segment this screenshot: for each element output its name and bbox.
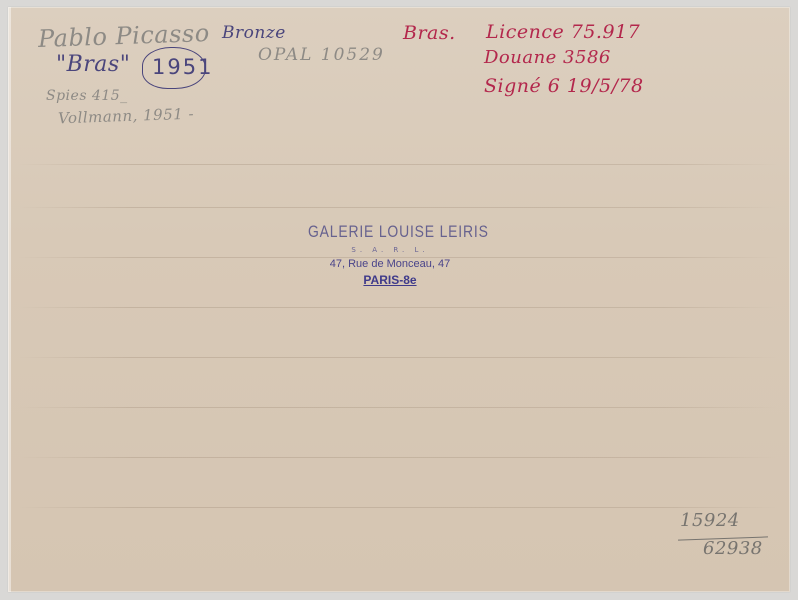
artwork-title-red: Bras. <box>403 22 456 44</box>
gallery-city: PARIS-8e <box>290 273 490 287</box>
gallery-address: 47, Rue de Monceau, 47 <box>290 258 490 270</box>
signed-date-note: Signé 6 19/5/78 <box>484 75 644 97</box>
paper-ruling-line <box>18 357 778 358</box>
gallery-name: GALERIE LOUISE LEIRIS <box>308 222 472 242</box>
paper-ruling-line <box>18 164 778 165</box>
catalogue-reference: Spies 415_ <box>46 88 128 104</box>
paper-ruling-line <box>18 407 778 408</box>
company-type: S. A. R. L. <box>290 246 490 254</box>
licence-number: Licence 75.917 <box>486 21 640 43</box>
paper-ruling-line <box>18 507 778 508</box>
customs-number: Douane 3586 <box>484 47 611 68</box>
circled-year: 1951 <box>152 55 213 79</box>
paper-ruling-line <box>18 207 778 208</box>
fraction-denominator: 62938 <box>703 538 763 559</box>
artwork-title-blue: "Bras" <box>56 52 130 77</box>
paper-ruling-line <box>18 457 778 458</box>
inventory-reference: OPAL 10529 <box>258 45 385 65</box>
medium-note: Bronze <box>222 23 286 43</box>
gallery-stamp: GALERIE LOUISE LEIRIS S. A. R. L. 47, Ru… <box>290 222 490 287</box>
fraction-numerator: 15924 <box>680 510 740 531</box>
paper-ruling-line <box>18 307 778 308</box>
